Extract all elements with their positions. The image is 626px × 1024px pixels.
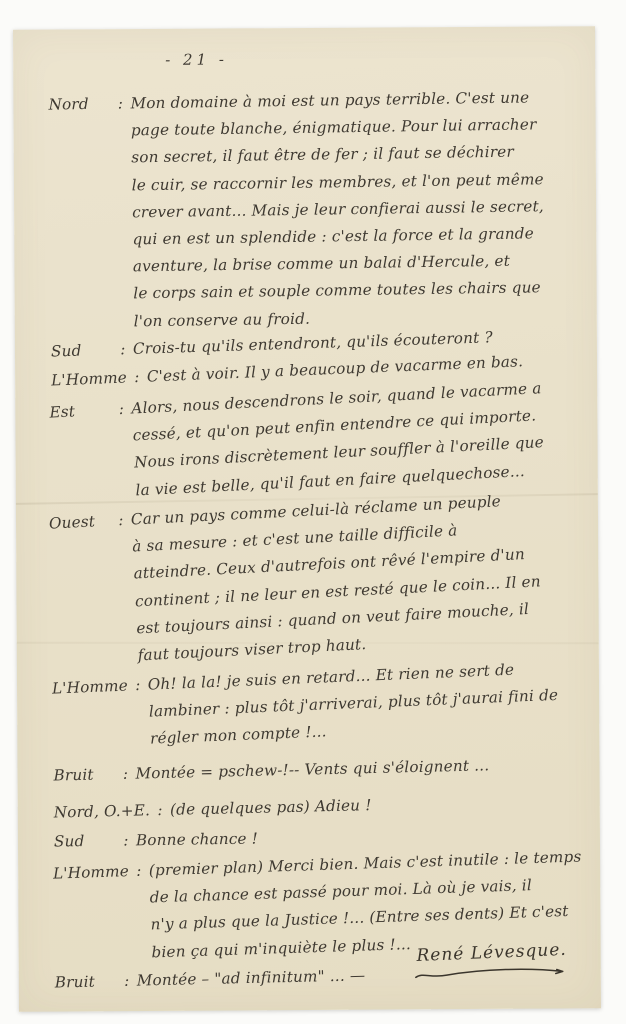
signature-flourish-underline [413, 964, 571, 981]
dialogue-row-nord-ouest-est: Nord, O.+E. : (de quelques pas) Adieu ! [53, 787, 581, 827]
dialogue-row-nord: Nord : Mon domaine à moi est un pays ter… [48, 84, 580, 337]
speaker-colon: : [130, 364, 143, 392]
speaker-label: Nord [48, 91, 114, 119]
speaker-colon: : [154, 797, 167, 824]
dialogue-text: Mon domaine à moi est un pays terrible. … [126, 84, 580, 335]
speaker-label: L'Homme [51, 364, 132, 394]
scan-background: - 21 - Nord : Mon domaine à moi est un p… [0, 0, 626, 1024]
speaker-label: Est [49, 397, 116, 427]
speaker-label: Bruit [55, 968, 122, 997]
speaker-colon: : [114, 90, 126, 117]
dialogue-text: Car un pays comme celui-là réclame un pe… [126, 484, 584, 669]
manuscript-page: - 21 - Nord : Mon domaine à moi est un p… [13, 26, 601, 1012]
speaker-label: L'Homme [52, 673, 133, 703]
speaker-colon: : [131, 672, 144, 700]
dialogue-line: (de quelques pas) Adieu ! [170, 787, 582, 824]
speaker-label: Sud [54, 828, 120, 856]
speaker-colon: : [132, 858, 145, 886]
speaker-label: Sud [51, 336, 118, 365]
speaker-colon: : [119, 761, 132, 788]
dialogue-text: Oh! la la! je suis en retard... Et rien … [143, 654, 582, 753]
dialogue-row-ouest: Ouest : Car un pays comme celui-là récla… [48, 484, 583, 673]
speaker-label: Bruit [53, 761, 120, 790]
speaker-colon: : [120, 968, 133, 995]
signature-block: René Lévesque. [413, 942, 571, 981]
speaker-label: L'Homme [53, 858, 134, 888]
dialogue-text: Alors, nous descendrons le soir, quand l… [127, 374, 582, 505]
speaker-label: Ouest [48, 507, 115, 537]
speaker-label: Nord, O.+E. [53, 797, 154, 827]
dialogue-line: Montée = pschew-!-- Vents qui s'éloignen… [135, 750, 582, 788]
signature: René Lévesque. [412, 940, 571, 966]
speaker-colon: : [117, 336, 130, 364]
speaker-colon: : [120, 828, 132, 855]
dialogue-text: Montée = pschew-!-- Vents qui s'éloignen… [131, 750, 582, 788]
dialogue-text: (de quelques pas) Adieu ! [166, 787, 582, 824]
dialogue-row-bruit: Bruit : Montée = pschew-!-- Vents qui s'… [53, 750, 581, 790]
